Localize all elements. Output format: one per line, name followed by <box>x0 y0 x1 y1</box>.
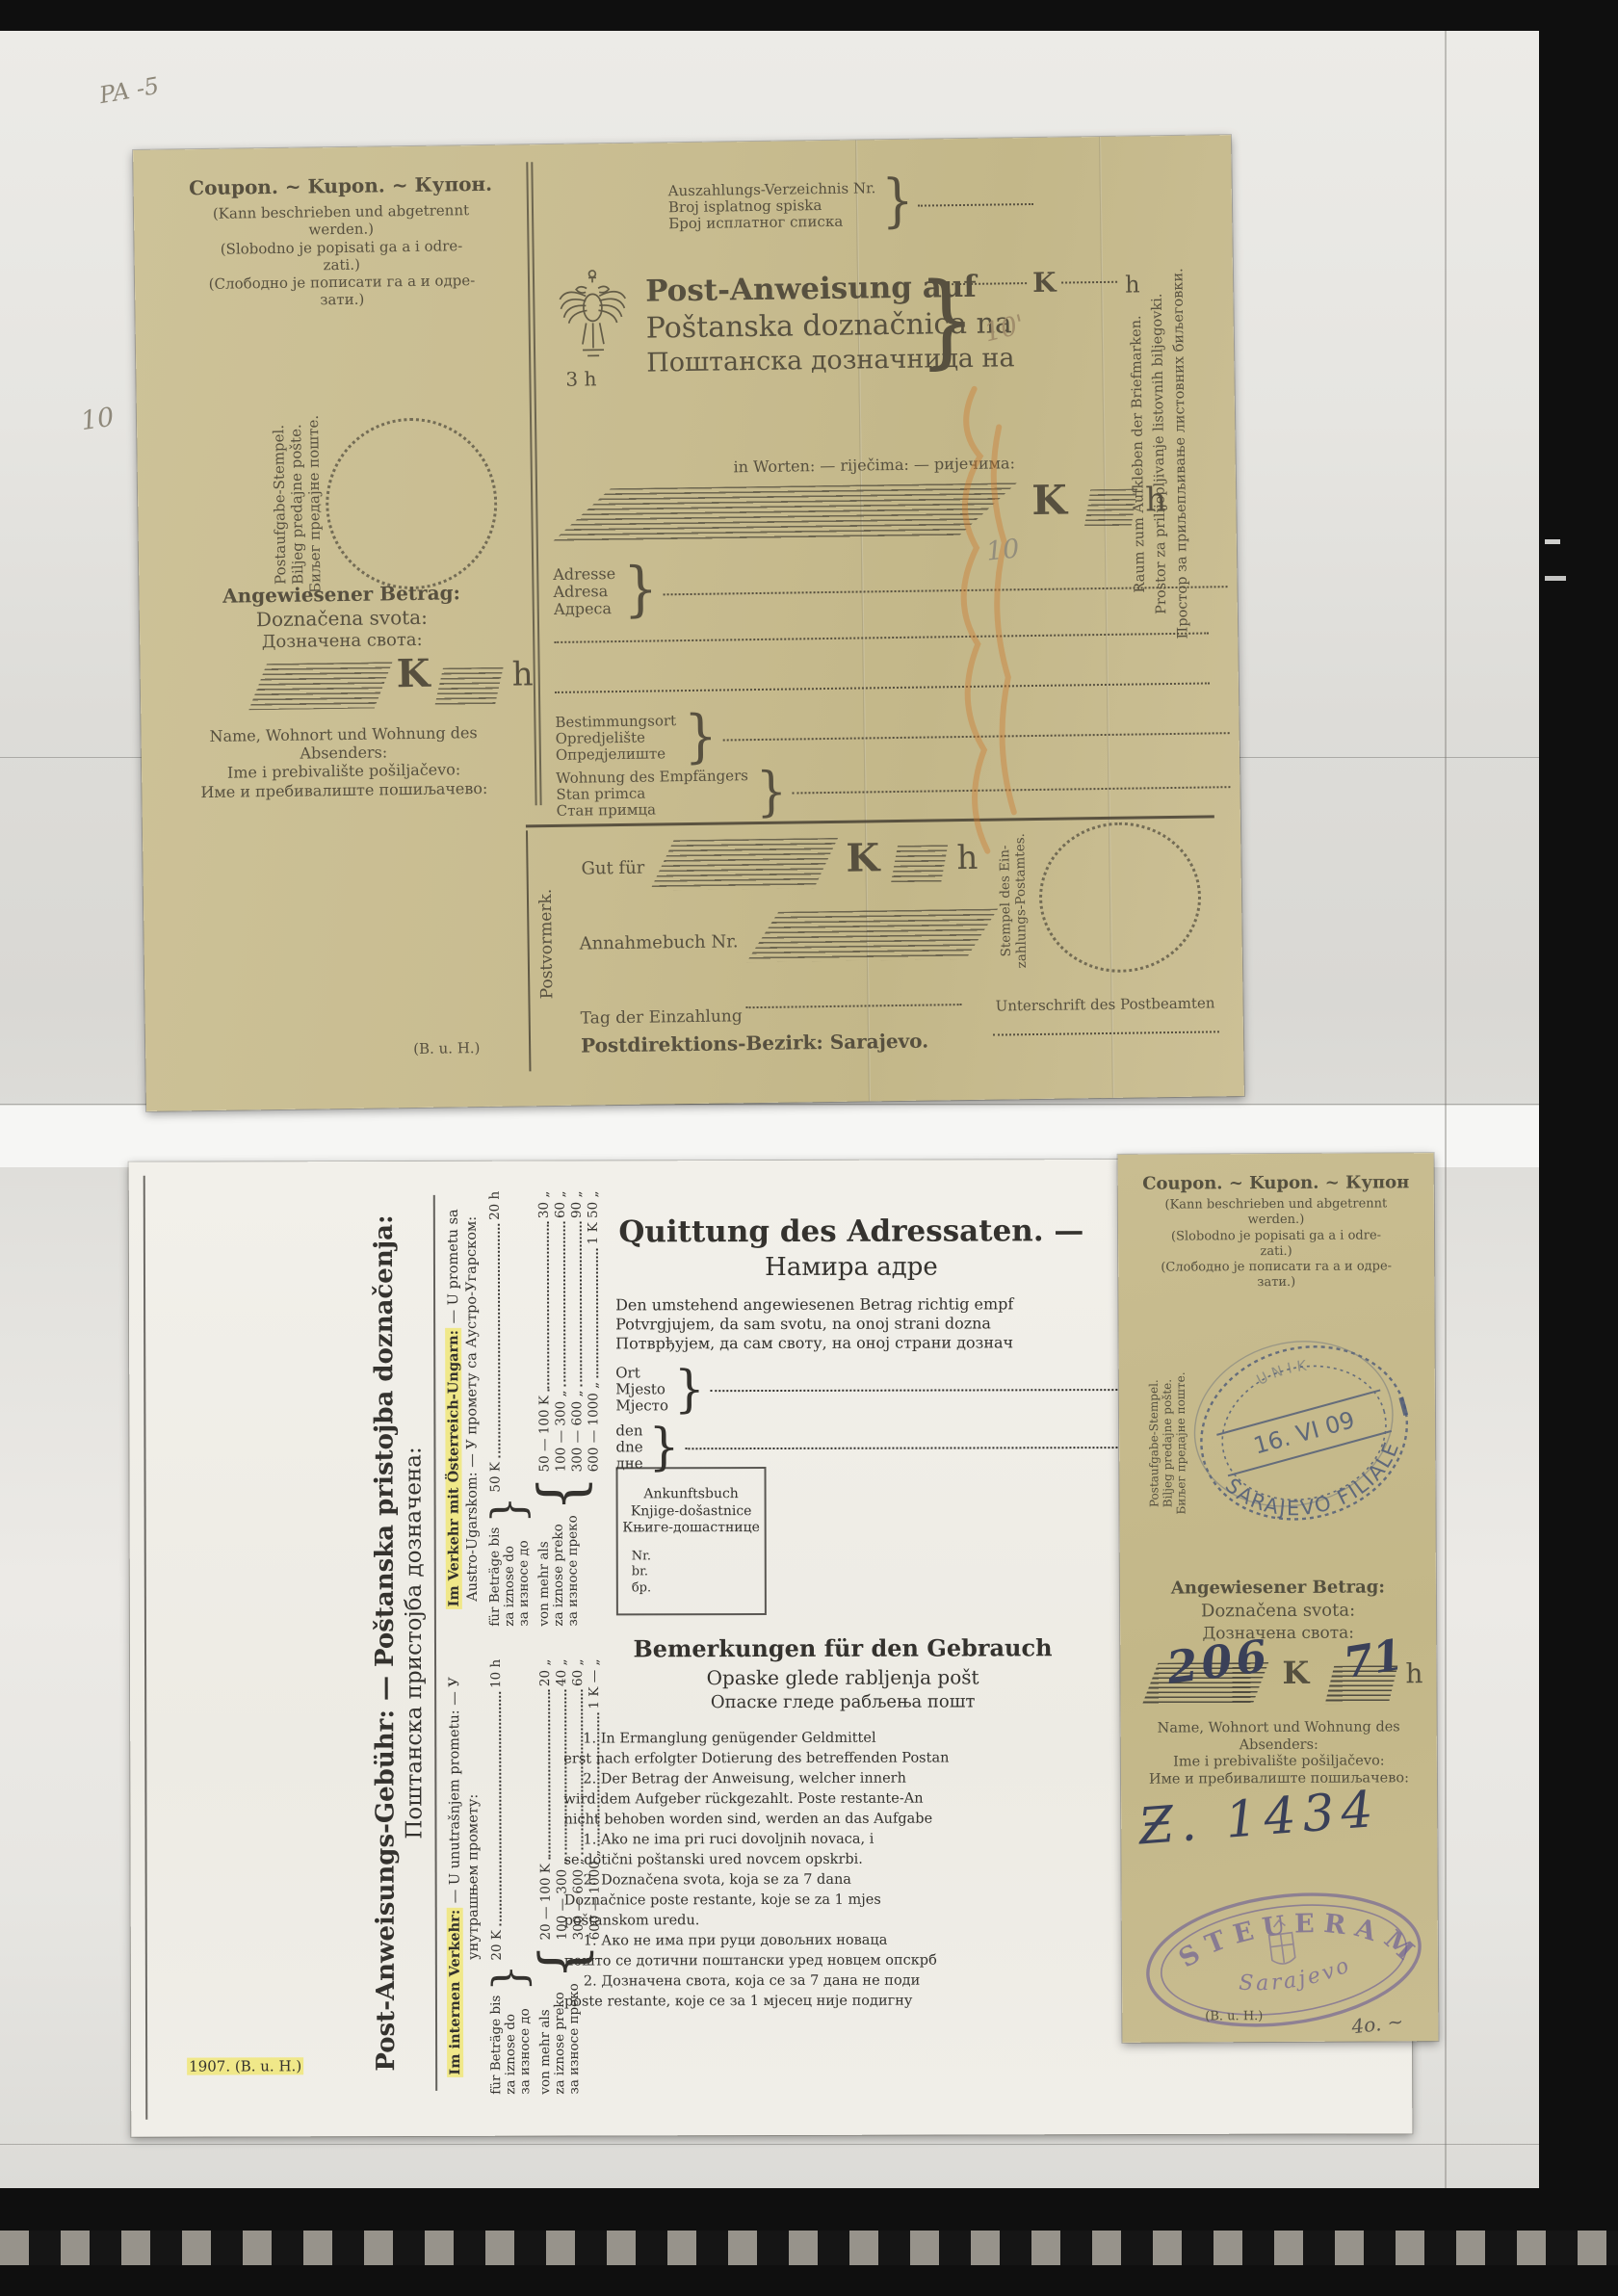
pencil-annotation-10-right-mid: 10 <box>984 534 1020 566</box>
coupon-notes: (Kann beschrieben und abgetrennt werden.… <box>155 200 528 311</box>
postmark-office: SARAJEVO FILIALE <box>1217 1429 1416 1541</box>
year-note: 1907. (B. u. H.) <box>187 2057 303 2074</box>
money-order-form: Coupon. ~ Kupon. ~ Купон. (Kann beschrie… <box>133 135 1244 1111</box>
payout-dotted-line <box>917 178 1032 207</box>
pencil-note: 4o. ~ <box>1350 2010 1404 2039</box>
sender-labels: Name, Wohnort und Wohnung des Absenders:… <box>152 722 535 801</box>
album-border-right <box>1539 0 1618 2296</box>
coupon-title: Coupon. ~ Kupon. ~ Купон <box>1118 1172 1434 1194</box>
imperial-eagle-icon <box>557 267 629 368</box>
album-border-top <box>0 0 1618 31</box>
sender-labels: Name, Wohnort und Wohnung des Absenders:… <box>1127 1719 1431 1788</box>
coupon-notes: (Kann beschrieben und abgetrennt werden.… <box>1118 1196 1435 1291</box>
sleeve-crease <box>0 2144 1539 2145</box>
payment-postmark-circle <box>1038 822 1202 974</box>
place-row: Ort Mjesto Мјесто } <box>615 1364 1140 1414</box>
tariff-header-2: Поштанска пристојба дозначена: <box>401 1186 428 2100</box>
tariff-rule <box>433 1195 437 2091</box>
payout-list-block: Auszahlungs-Verzeichnis Nr. Broj isplatn… <box>668 177 1074 231</box>
pencil-annotation-10-left: 10 <box>79 403 116 436</box>
orange-annotation-icon <box>800 369 1029 873</box>
amount-label-de: Angewiesener Betrag: <box>1130 1577 1426 1599</box>
remarks-title-sr: Опаске гледе рабљења пошт <box>563 1691 1122 1713</box>
svg-text:Sarajevo: Sarajevo <box>1235 1952 1357 2000</box>
coupon-title: Coupon. ~ Kupon. ~ Купон. <box>162 171 518 199</box>
border-scratch-mark <box>1545 576 1566 581</box>
receipt-title: Quittung des Adressaten. — <box>543 1213 1160 1250</box>
remarks-paragraphs: 1. In Ermanglung genügender Geldmittel e… <box>563 1728 1121 2013</box>
border-scratch-mark <box>1545 539 1560 544</box>
payment-date-row: Tag der Einzahlung <box>581 1004 966 1029</box>
payment-date-dotted <box>746 1004 962 1008</box>
arrival-book-box: Ankunftsbuch Knjige-došastnice Књиге-дош… <box>616 1467 767 1615</box>
heller-letter: h <box>511 655 533 693</box>
remarks-title-de: Bemerkungen für den Gebrauch <box>563 1633 1122 1663</box>
annahmebuch-hatch <box>745 909 999 963</box>
date-row: den dne дне } 19 <box>615 1422 1140 1472</box>
receipt-confirmation: Den umstehend angewiesenen Betrag richti… <box>615 1294 1135 1353</box>
sleeve-edge <box>1445 31 1447 2188</box>
tariff-header-1: Post-Anweisungs-Gebühr: — Poštanska pris… <box>370 1186 401 2100</box>
gut-fuer-label: Gut für <box>581 858 644 879</box>
tax-stamp-bottom-text: Sarajevo <box>1235 1952 1357 2000</box>
amount-hatch-heller <box>434 667 505 707</box>
postmark-circle-placeholder <box>325 417 498 590</box>
signature-dotted-line <box>993 1031 1219 1035</box>
kronen-letter: K <box>396 651 430 696</box>
postal-district-label: Postdirektions-Bezirk: Sarajevo. <box>581 1030 928 1057</box>
kronen-letter: K <box>1031 477 1067 525</box>
date-dotted-line <box>685 1422 1117 1449</box>
stamp-space-strip: Raum zum Aufkleben der Briefmarken. Pros… <box>1126 268 1194 639</box>
brace: } <box>881 172 914 230</box>
film-sprocket-strip <box>0 2231 1618 2265</box>
amount-label-hr: Doznačena svota: <box>1130 1600 1426 1622</box>
kronen-letter: K <box>1282 1655 1309 1691</box>
posting-stamp-label: Postaufgabe-Stempel. Biljeg predajne poš… <box>270 415 325 594</box>
bosnia-imprint: (B. u. H.) <box>1205 2009 1263 2023</box>
amount-label-sr: Дозначена свота: <box>159 628 525 653</box>
postvormerk-label: Postvormerk. <box>536 889 558 1000</box>
doc-left-rule <box>144 1176 148 2120</box>
kronen-letter: K <box>1032 267 1057 299</box>
clerk-signature-label: Unterschrift des Postbeamten <box>984 994 1225 1014</box>
place-dotted-line <box>711 1364 1141 1392</box>
amount-hatch-kronen <box>248 662 394 710</box>
brace: } <box>623 561 658 620</box>
coupon-divider-rule <box>526 162 541 805</box>
sarajevo-postmark-stamp: UNIK 16. VI 09 SARAJEVO FILIALE I <box>1178 1297 1429 1568</box>
clerk-left-rule <box>526 830 531 1071</box>
postmark-index: I <box>1396 1393 1412 1422</box>
heller-letter: h <box>1405 1657 1422 1689</box>
postmark-date: 16. VI 09 <box>1251 1406 1358 1459</box>
tariff-group-head-highlight: Im internen Verkehr: <box>447 1908 463 2077</box>
sender-handwritten-value: Ƶ. 1434 <box>1136 1781 1381 1857</box>
album-page: Coupon. ~ Kupon. ~ Купон. (Kann beschrie… <box>0 0 1618 2296</box>
remarks-title-hr: Opaske glede rabljenja pošt <box>563 1665 1122 1690</box>
receipt-title-cyrillic: Намира адре <box>591 1252 1111 1282</box>
tariff-group-austria-hungary: Im Verkehr mit Österreich-Ungarn: — U pr… <box>445 1190 603 1626</box>
svg-text:SARAJEVO FILIALE: SARAJEVO FILIALE <box>1217 1429 1416 1541</box>
coupon-piece: Coupon. ~ Kupon. ~ Купон (Kann beschrieb… <box>1118 1153 1439 2043</box>
amount-heller-handwritten: 71 <box>1341 1631 1407 1688</box>
amount-dotted <box>1061 281 1117 284</box>
amount-dotted <box>952 282 1027 285</box>
brace: } <box>684 708 718 766</box>
annahmebuch-label: Annahmebuch Nr. <box>579 931 738 953</box>
tariff-group-head-highlight: Im Verkehr mit Österreich-Ungarn: <box>445 1328 462 1608</box>
brace: } <box>756 765 788 818</box>
duty-value: 3 h <box>565 367 596 390</box>
bosnia-imprint: (B. u. H.) <box>413 1039 481 1057</box>
